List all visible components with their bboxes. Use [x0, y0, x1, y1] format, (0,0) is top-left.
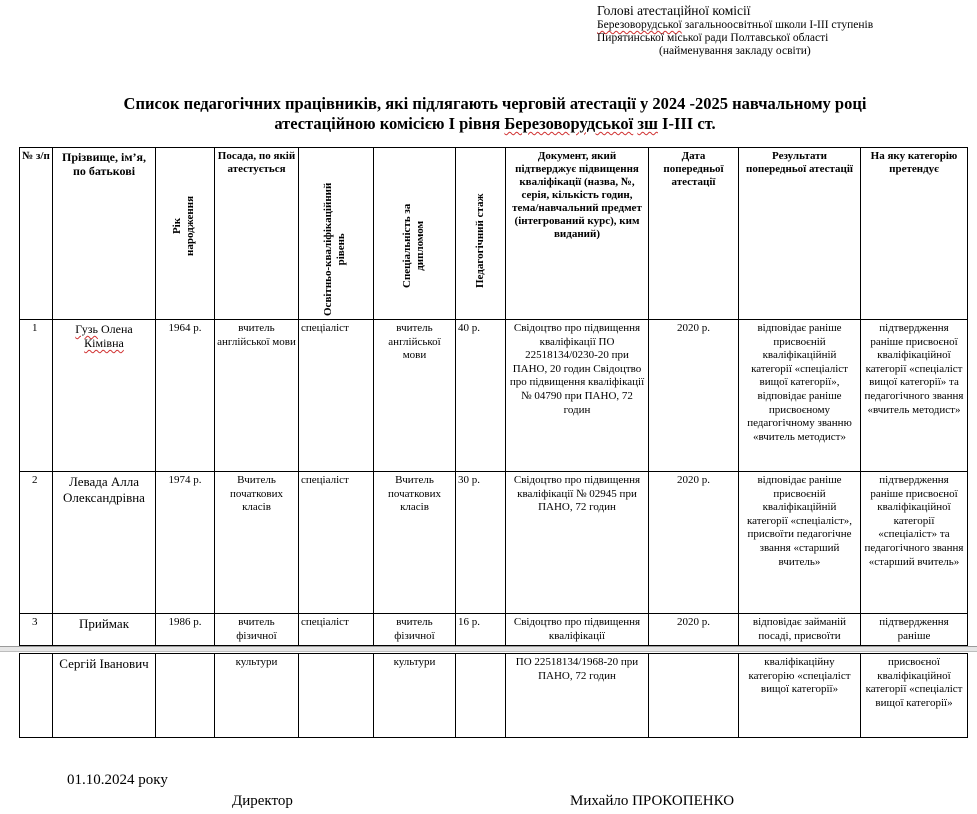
row-experience: 40 р. — [456, 320, 506, 472]
row-prev-result: відповідає раніше присвоєній кваліфікаці… — [739, 320, 861, 472]
row-num — [20, 654, 53, 738]
row-name: Приймак — [53, 614, 156, 646]
row-specialty: вчитель англійської мови — [374, 320, 456, 472]
row-prev-date: 2020 р. — [649, 472, 739, 614]
addressee-school: Березоворудської загальноосвітньої школи… — [597, 19, 917, 32]
header-birth-year-line1: Рік — [171, 196, 184, 256]
row-document: Свідоцтво про підвищення кваліфікації № … — [506, 472, 649, 614]
row-num: 1 — [20, 320, 53, 472]
row-document: Свідоцтво про підвищення кваліфікації ПО… — [506, 320, 649, 472]
row-name-first: Олена — [98, 322, 133, 336]
document-title: Список педагогічних працівників, які під… — [60, 94, 930, 134]
row-name-surname: Гузь — [75, 322, 98, 336]
row-position: вчитель англійської мови — [215, 320, 299, 472]
header-edu-level-line1: Освітньо-кваліфікаційний — [322, 183, 335, 316]
row-prev-result-continued: кваліфікаційну категорію «спеціаліст вищ… — [739, 654, 861, 738]
row-position: Вчитель початкових класів — [215, 472, 299, 614]
addressee-title: Голові атестаційної комісії — [597, 3, 917, 18]
header-position: Посада, по якій атестується — [215, 148, 299, 320]
header-category: На яку категорію претендує — [861, 148, 968, 320]
row-document: Свідоцтво про підвищення кваліфікації — [506, 614, 649, 646]
header-prev-result: Результати попередньої атестації — [739, 148, 861, 320]
row-prev-date: 2020 р. — [649, 614, 739, 646]
row-edu-level — [299, 654, 374, 738]
footer-signatory: Михайло ПРОКОПЕНКО — [570, 793, 734, 810]
row-name: Гузь Олена Кімівна — [53, 320, 156, 472]
title-line-2: атестаційною комісією І рівня Березовору… — [60, 114, 930, 134]
row-prev-result: відповідає раніше присвоєній кваліфікаці… — [739, 472, 861, 614]
row-edu-level: спеціаліст — [299, 472, 374, 614]
table-row: 3 Приймак 1986 р. вчитель фізичної спеці… — [20, 614, 968, 646]
row-edu-level: спеціаліст — [299, 320, 374, 472]
row-birth-year — [156, 654, 215, 738]
row-birth-year: 1986 р. — [156, 614, 215, 646]
addressee-block: Голові атестаційної комісії Березоворудс… — [597, 3, 917, 58]
header-name: Прізвище, ім’я, по батькові — [53, 148, 156, 320]
header-prev-date: Дата попередньої атестації — [649, 148, 739, 320]
title-school-abbr: зш — [637, 114, 658, 133]
row-prev-date: 2020 р. — [649, 320, 739, 472]
row-category: підтвердження раніше присвоєної кваліфік… — [861, 320, 968, 472]
row-birth-year: 1974 р. — [156, 472, 215, 614]
row-position-continued: культури — [215, 654, 299, 738]
table-row: 2 Левада Алла Олександрівна 1974 р. Вчит… — [20, 472, 968, 614]
row-name-continued: Сергій Іванович — [53, 654, 156, 738]
row-edu-level: спеціаліст — [299, 614, 374, 646]
row-num: 3 — [20, 614, 53, 646]
header-specialty: Спеціальність задипломом — [374, 148, 456, 320]
row-experience: 30 р. — [456, 472, 506, 614]
row-num: 2 — [20, 472, 53, 614]
header-experience: Педагогічний стаж — [456, 148, 506, 320]
row-experience: 16 р. — [456, 614, 506, 646]
header-experience-line1: Педагогічний стаж — [474, 194, 487, 289]
row-specialty: вчитель фізичної — [374, 614, 456, 646]
row-prev-result: відповідає займаній посаді, присвоїти — [739, 614, 861, 646]
table-row: 1 Гузь Олена Кімівна 1964 р. вчитель анг… — [20, 320, 968, 472]
title-line-2-prefix: атестаційною комісією І рівня — [274, 114, 504, 133]
addressee-school-type: загальноосвітньої школи І-ІІІ ступенів — [682, 19, 873, 31]
addressee-note: (найменування закладу освіти) — [597, 45, 917, 58]
staff-table: № з/п Прізвище, ім’я, по батькові Рікнар… — [19, 147, 968, 646]
staff-table-continued: Сергій Іванович культури культури ПО 225… — [19, 653, 968, 738]
row-name-patronymic: Кімівна — [84, 336, 124, 350]
row-category-continued: присвоєної кваліфікаційної категорії «сп… — [861, 654, 968, 738]
row-prev-date — [649, 654, 739, 738]
header-specialty-line2: дипломом — [414, 204, 427, 288]
title-school-name: Березоворудської — [504, 114, 633, 133]
header-num: № з/п — [20, 148, 53, 320]
title-line-2-suffix: І-ІІІ ст. — [658, 114, 716, 133]
row-position: вчитель фізичної — [215, 614, 299, 646]
footer-role: Директор — [232, 793, 293, 810]
page-break — [0, 646, 977, 652]
row-specialty: Вчитель початкових класів — [374, 472, 456, 614]
row-document-continued: ПО 22518134/1968-20 при ПАНО, 72 годин — [506, 654, 649, 738]
addressee-school-name: Березоворудської — [597, 19, 682, 31]
header-birth-year-line2: народження — [184, 196, 197, 256]
row-category: підтвердження раніше присвоєної кваліфік… — [861, 472, 968, 614]
header-document: Документ, який підтверджує підвищення кв… — [506, 148, 649, 320]
addressee-council: Пирятинської міської ради Полтавської об… — [597, 32, 917, 45]
header-edu-level-line2: рівень — [335, 183, 348, 316]
header-specialty-line1: Спеціальність за — [401, 204, 414, 288]
header-edu-level: Освітньо-кваліфікаційнийрівень — [299, 148, 374, 320]
row-specialty-continued: культури — [374, 654, 456, 738]
title-line-1: Список педагогічних працівників, які під… — [60, 94, 930, 114]
header-row: № з/п Прізвище, ім’я, по батькові Рікнар… — [20, 148, 968, 320]
row-experience — [456, 654, 506, 738]
row-name: Левада Алла Олександрівна — [53, 472, 156, 614]
row-category: підтвердження раніше — [861, 614, 968, 646]
header-birth-year: Рікнародження — [156, 148, 215, 320]
row-birth-year: 1964 р. — [156, 320, 215, 472]
footer-date: 01.10.2024 року — [67, 772, 168, 789]
table-row-continued: Сергій Іванович культури культури ПО 225… — [20, 654, 968, 738]
